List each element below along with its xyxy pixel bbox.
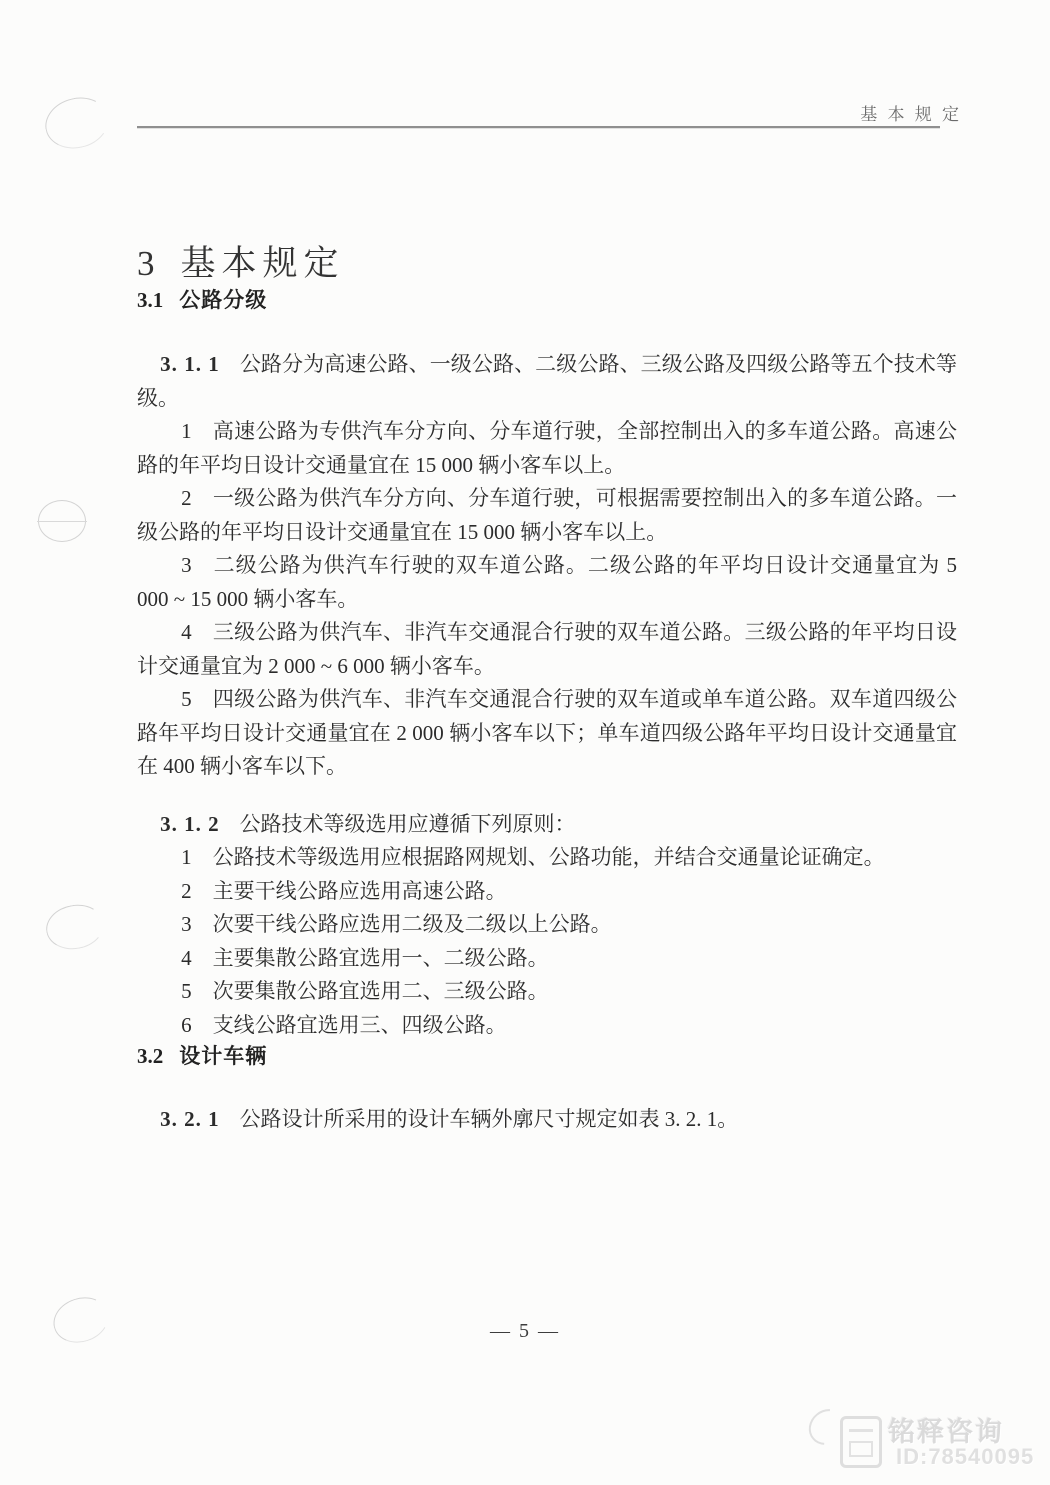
item-text: 三级公路为供汽车、非汽车交通混合行驶的双车道公路。三级公路的年平均日设计交通量宜… — [137, 620, 957, 678]
list-item-paragraph: 2主要干线公路应选用高速公路。 — [137, 875, 957, 909]
clause-paragraph-3-1-1: 3. 1. 1公路分为高速公路、一级公路、二级公路、三级公路及四级公路等五个技术… — [137, 348, 957, 415]
clause-number: 3. 1. 2 — [160, 812, 220, 836]
list-item-paragraph: 1高速公路为专供汽车分方向、分车道行驶，全部控制出入的多车道公路。高速公路的年平… — [137, 415, 957, 482]
item-number: 2 — [181, 486, 192, 510]
item-text: 高速公路为专供汽车分方向、分车道行驶，全部控制出入的多车道公路。高速公路的年平均… — [137, 419, 957, 477]
section-heading-3-2: 3.2设计车辆 — [137, 1042, 957, 1070]
clause-number: 3. 1. 1 — [160, 352, 220, 376]
section-heading-3-1: 3.1公路分级 — [137, 286, 957, 314]
page-body: 3基本规定 3.1公路分级 3. 1. 1公路分为高速公路、一级公路、二级公路、… — [137, 0, 957, 1137]
clause-paragraph-3-2-1: 3. 2. 1公路设计所采用的设计车辆外廓尺寸规定如表 3. 2. 1。 — [137, 1103, 957, 1137]
item-number: 6 — [181, 1013, 192, 1037]
list-item-paragraph: 6支线公路宜选用三、四级公路。 — [137, 1009, 957, 1043]
item-number: 3 — [181, 553, 192, 577]
list-item-paragraph: 3次要干线公路应选用二级及二级以上公路。 — [137, 908, 957, 942]
clause-text: 公路分为高速公路、一级公路、二级公路、三级公路及四级公路等五个技术等级。 — [137, 352, 957, 410]
item-number: 4 — [181, 620, 192, 644]
item-text: 四级公路为供汽车、非汽车交通混合行驶的双车道或单车道公路。双车道四级公路年平均日… — [137, 687, 957, 778]
list-item-paragraph: 1公路技术等级选用应根据路网规划、公路功能，并结合交通量论证确定。 — [137, 841, 957, 875]
section-number: 3.1 — [137, 288, 163, 312]
chapter-title-text: 基本规定 — [181, 244, 345, 283]
watermark-id: ID:78540095 — [896, 1444, 1034, 1470]
list-item-paragraph: 3二级公路为供汽车行驶的双车道公路。二级公路的年平均日设计交通量宜为 5 000… — [137, 549, 957, 616]
list-item-paragraph: 2一级公路为供汽车分方向、分车道行驶，可根据需要控制出入的多车道公路。一级公路的… — [137, 482, 957, 549]
page-number: — 5 — — [0, 1320, 1050, 1343]
binder-hole-mark — [38, 500, 86, 542]
item-text: 次要集散公路宜选用二、三级公路。 — [213, 979, 549, 1003]
binder-hole-mark — [43, 900, 108, 953]
chapter-number: 3 — [137, 244, 155, 283]
list-item-paragraph: 5四级公路为供汽车、非汽车交通混合行驶的双车道或单车道公路。双车道四级公路年平均… — [137, 683, 957, 784]
binder-hole-mark — [40, 91, 114, 155]
clause-text: 公路设计所采用的设计车辆外廓尺寸规定如表 3. 2. 1。 — [240, 1107, 739, 1131]
item-number: 1 — [181, 419, 192, 443]
section-number: 3.2 — [137, 1044, 163, 1068]
document-page: 基 本 规 定 3基本规定 3.1公路分级 3. 1. 1公路分为高速公路、一级… — [0, 0, 1050, 1485]
item-number: 5 — [181, 687, 192, 711]
item-number: 5 — [181, 979, 192, 1003]
item-text: 一级公路为供汽车分方向、分车道行驶，可根据需要控制出入的多车道公路。一级公路的年… — [137, 486, 957, 544]
section-title-text: 设计车辆 — [179, 1044, 267, 1068]
item-number: 4 — [181, 946, 192, 970]
list-item-paragraph: 4主要集散公路宜选用一、二级公路。 — [137, 942, 957, 976]
chapter-title: 3基本规定 — [137, 242, 957, 286]
item-text: 支线公路宜选用三、四级公路。 — [213, 1013, 507, 1037]
item-text: 主要干线公路应选用高速公路。 — [213, 879, 507, 903]
watermark: 铭释咨询 ID:78540095 — [808, 1402, 1038, 1480]
clause-number: 3. 2. 1 — [160, 1107, 220, 1131]
item-text: 公路技术等级选用应根据路网规划、公路功能，并结合交通量论证确定。 — [213, 845, 885, 869]
list-item-paragraph: 4三级公路为供汽车、非汽车交通混合行驶的双车道公路。三级公路的年平均日设计交通量… — [137, 616, 957, 683]
item-text: 次要干线公路应选用二级及二级以上公路。 — [213, 912, 612, 936]
section-title-text: 公路分级 — [179, 288, 267, 312]
clause-text: 公路技术等级选用应遵循下列原则： — [240, 812, 576, 836]
item-text: 主要集散公路宜选用一、二级公路。 — [213, 946, 549, 970]
item-number: 2 — [181, 879, 192, 903]
watermark-logo-icon — [840, 1416, 882, 1468]
item-number: 1 — [181, 845, 192, 869]
clause-paragraph-3-1-2: 3. 1. 2公路技术等级选用应遵循下列原则： — [137, 808, 957, 842]
item-text: 二级公路为供汽车行驶的双车道公路。二级公路的年平均日设计交通量宜为 5 000 … — [137, 553, 957, 611]
list-item-paragraph: 5次要集散公路宜选用二、三级公路。 — [137, 975, 957, 1009]
item-number: 3 — [181, 912, 192, 936]
